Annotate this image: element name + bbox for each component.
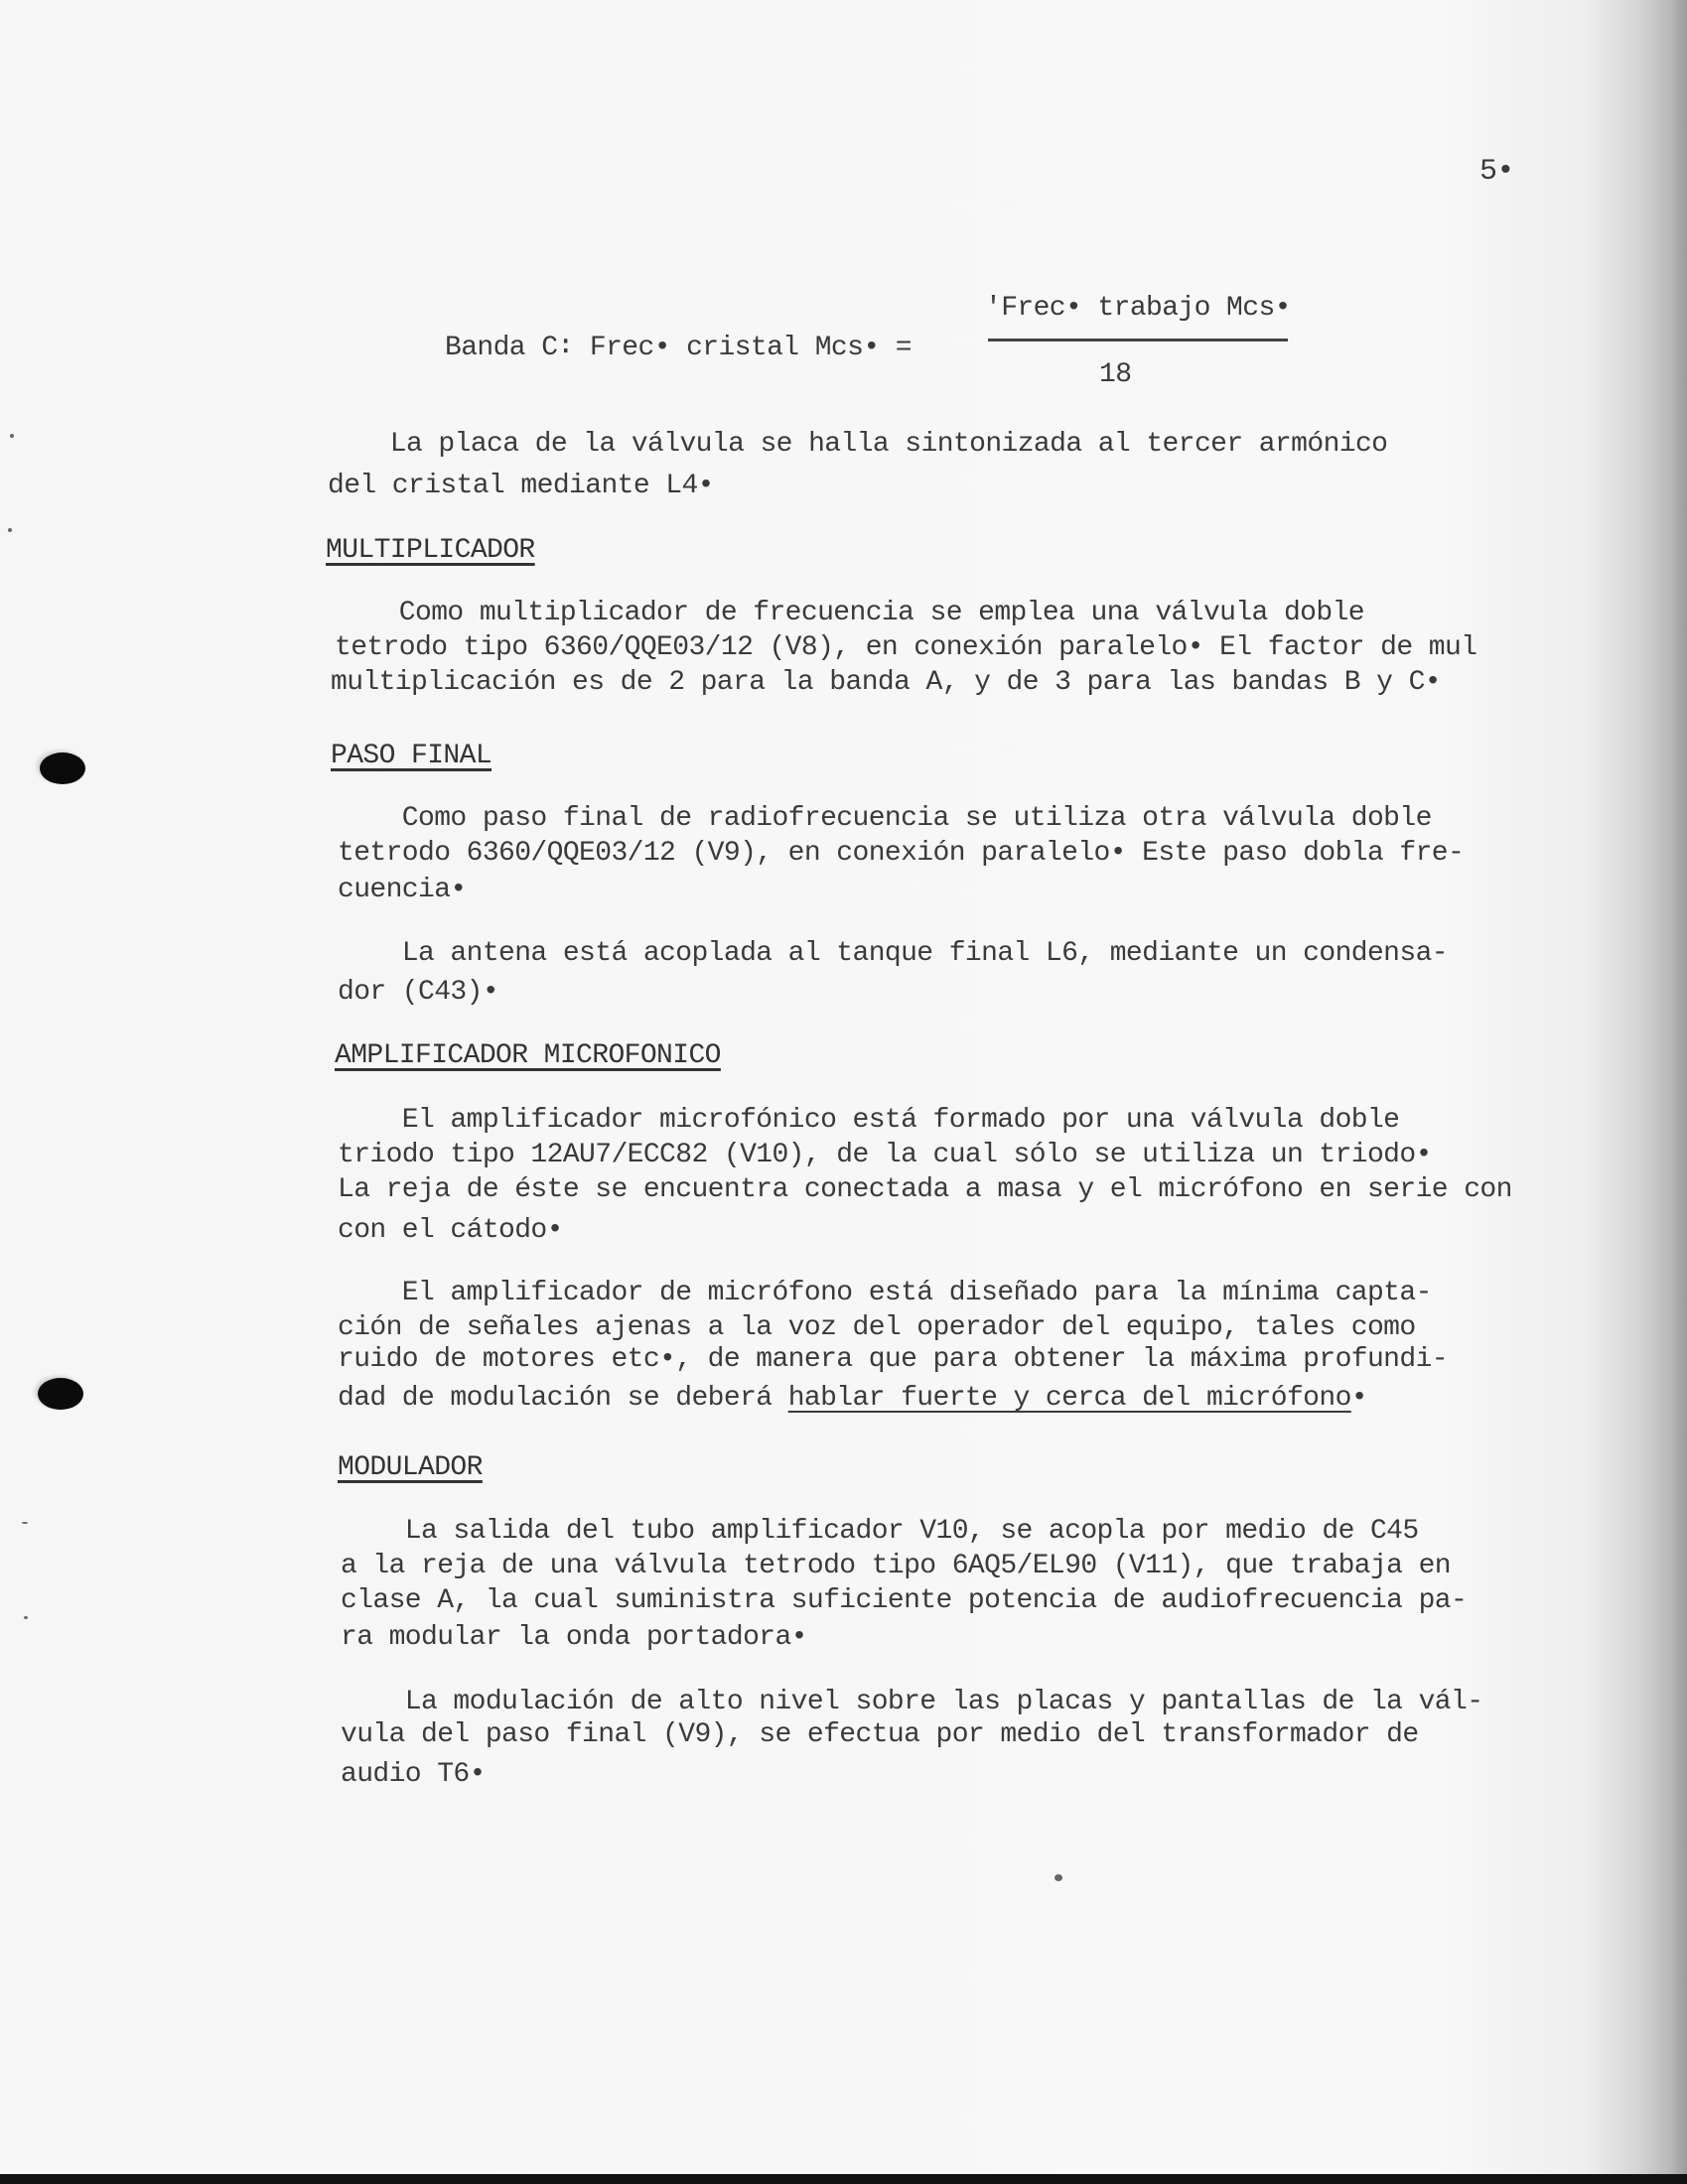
formula-label: Banda C∶ Frec• cristal Mcs• =	[445, 331, 912, 365]
paragraph-line: La reja de éste se encuentra conectada a…	[338, 1172, 1512, 1207]
paragraph-line: Como multiplicador de frecuencia se empl…	[335, 596, 1364, 630]
margin-speck	[22, 1522, 28, 1524]
paragraph-line: El amplificador de micrófono está diseña…	[338, 1276, 1432, 1310]
paragraph-line: Como paso final de radiofrecuencia se ut…	[338, 801, 1432, 836]
formula-numerator: 'Frec• trabajo Mcs•	[985, 291, 1291, 326]
paragraph-line: ción de señales ajenas a la voz del oper…	[338, 1310, 1416, 1345]
section-heading-multiplicador: MULTIPLICADOR	[326, 533, 535, 568]
section-heading-paso-final: PASO FINAL	[331, 739, 492, 773]
paragraph-line: La salida del tubo amplificador V10, se …	[341, 1514, 1419, 1549]
fraction-bar	[988, 339, 1288, 341]
emphasis-prefix: dad de modulación se deberá	[338, 1383, 788, 1414]
punch-hole-bottom	[38, 1378, 83, 1410]
margin-speck	[24, 1616, 28, 1619]
paragraph-line: El amplificador microfónico está formado…	[338, 1103, 1399, 1138]
paragraph-line: multiplicación es de 2 para la banda A, …	[331, 665, 1441, 700]
paragraph-line: a la reja de una válvula tetrodo tipo 6A…	[341, 1549, 1451, 1583]
section-heading-amplificador-microfonico: AMPLIFICADOR MICROFONICO	[335, 1038, 721, 1073]
paper-speck	[1054, 1874, 1062, 1881]
paragraph-line: audio T6•	[341, 1757, 486, 1792]
punch-hole-top	[40, 752, 85, 784]
paragraph-line-with-emphasis: dad de modulación se deberá hablar fuert…	[338, 1381, 1367, 1416]
paragraph-line: vula del paso final (V9), se efectua por…	[341, 1717, 1419, 1752]
margin-speck	[8, 528, 12, 532]
paragraph-line: tetrodo 6360/QQE03/12 (V9), en conexión …	[338, 836, 1464, 871]
document-page: 5• Banda C∶ Frec• cristal Mcs• = 'Frec• …	[0, 0, 1687, 2174]
paragraph-line: cuencia•	[338, 873, 467, 907]
paragraph-line: tetrodo tipo 6360/QQE03/12 (V8), en cone…	[335, 630, 1476, 665]
paragraph-line: dor (C43)•	[338, 975, 498, 1010]
formula-denominator: 18	[1099, 357, 1131, 392]
paragraph-line: clase A, la cual suministra suficiente p…	[341, 1583, 1467, 1618]
section-heading-modulador: MODULADOR	[338, 1450, 483, 1485]
page-number: 5•	[1479, 155, 1514, 190]
paragraph-line: ra modular la onda portadora•	[341, 1620, 807, 1655]
scan-bottom-border	[0, 2174, 1687, 2184]
intro-paragraph-line: del cristal mediante L4•	[328, 469, 714, 503]
paragraph-line: La modulación de alto nivel sobre las pl…	[341, 1685, 1482, 1719]
margin-speck	[10, 434, 14, 438]
paragraph-line: con el cátodo•	[338, 1213, 563, 1248]
intro-paragraph-line: La placa de la válvula se halla sintoniz…	[326, 427, 1387, 462]
underlined-emphasis: hablar fuerte y cerca del micrófono	[788, 1383, 1351, 1414]
paragraph-line: La antena está acoplada al tanque final …	[338, 936, 1448, 971]
paragraph-line: triodo tipo 12AU7/ECC82 (V10), de la cua…	[338, 1138, 1432, 1172]
emphasis-suffix: •	[1351, 1383, 1367, 1414]
paragraph-line: ruido de motores etc•, de manera que par…	[338, 1342, 1448, 1377]
